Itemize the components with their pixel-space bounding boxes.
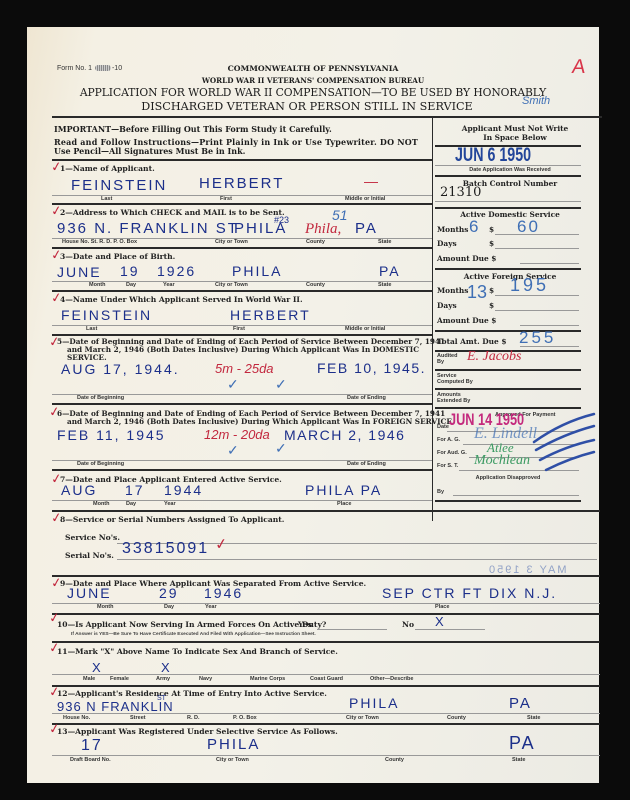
auditor-signature: E. Jacobs: [467, 349, 521, 365]
foreign-begin-date: FEB 11, 1945: [57, 427, 166, 443]
caption-middle: Middle or Initial: [345, 326, 385, 332]
foreign-amount-label: Amount Due $: [437, 316, 496, 325]
divider: [435, 175, 581, 177]
draft-city: PHILA: [207, 736, 260, 753]
caption-month: Month: [89, 282, 106, 288]
section-10-label: 10—Is Applicant Now Serving In Armed For…: [57, 620, 326, 629]
caption-day: Day: [126, 282, 136, 288]
foreign-months-value: 13: [467, 282, 487, 303]
received-date-stamp: JUN 6 1950: [455, 145, 531, 167]
divider: [52, 613, 600, 615]
caption-last: Last: [101, 196, 112, 202]
field-line: [52, 674, 600, 675]
entry-place: PHILA PA: [305, 482, 382, 498]
caption-begin: Date of Beginning: [77, 461, 124, 467]
divider: [435, 369, 581, 371]
date-label: Date: [437, 424, 449, 430]
caption-middle: Middle or Initial: [345, 196, 385, 202]
section-11-label: 11—Mark "X" Above Name To Indicate Sex A…: [57, 647, 338, 656]
agency-line-1: COMMONWEALTH OF PENNSYLVANIA: [27, 64, 599, 73]
caption-end: Date of Ending: [347, 395, 386, 401]
caption-street: Street: [130, 715, 146, 721]
crayon-strokes: [532, 412, 597, 472]
no-label: No: [402, 620, 414, 629]
caption-last: Last: [86, 326, 97, 332]
birth-month: JUNE: [57, 264, 102, 280]
caption-city: City or Town: [215, 239, 248, 245]
field-line: [520, 325, 579, 326]
audited-label: Audited By: [437, 353, 459, 365]
yes-field-line: [317, 629, 387, 630]
caption-day: Day: [126, 501, 136, 507]
domestic-amount-label: Amount Due $: [437, 254, 496, 263]
domestic-heading: Active Domestic Service: [435, 210, 585, 219]
birth-day: 19: [120, 263, 140, 279]
field-line: [495, 248, 579, 249]
option-marine-corps: Marine Corps: [250, 676, 285, 682]
caption-county: County: [385, 757, 404, 763]
section-2-label: 2—Address to Which CHECK and MAIL is to …: [60, 208, 285, 217]
field-line: [117, 559, 597, 560]
caption-po-box: P. O. Box: [233, 715, 257, 721]
separation-day: 29: [159, 585, 179, 601]
caption-year: Year: [164, 501, 176, 507]
caption-city: City or Town: [215, 282, 248, 288]
form-title-line-1: APPLICATION FOR WORLD WAR II COMPENSATIO…: [44, 86, 582, 99]
option-navy: Navy: [199, 676, 212, 682]
entry-year: 1944: [164, 482, 203, 498]
caption-place: Place: [435, 604, 449, 610]
st-label: For S. T.: [437, 463, 458, 469]
caption-day: Day: [164, 604, 174, 610]
section-4-label: 4—Name Under Which Applicant Served In W…: [60, 295, 303, 304]
field-line: [495, 295, 579, 296]
section-3-label: 3—Date and Place of Birth.: [60, 252, 175, 261]
caption-city: City or Town: [216, 757, 249, 763]
header-rule: [52, 116, 602, 118]
caption-house: House No.: [63, 715, 90, 721]
form-title-line-2: DISCHARGED VETERAN OR PERSON STILL IN SE…: [27, 100, 587, 113]
field-line: [435, 165, 581, 166]
disapproved-heading: Application Disapproved: [435, 475, 581, 481]
option-female: Female: [110, 676, 129, 682]
total-label: Total Amt. Due $: [437, 337, 506, 346]
option-army: Army: [156, 676, 170, 682]
initials-mark: Smith: [522, 95, 550, 107]
divider: [52, 403, 432, 405]
caption-state: State: [378, 282, 391, 288]
service-numbers-label: Service No's.: [65, 533, 120, 542]
field-line: [52, 603, 600, 604]
instructions-line-3: Use Pencil—All Signatures Must Be in Ink…: [54, 146, 245, 156]
dollar-sign: $: [489, 286, 494, 295]
residence-street-suffix: ST: [157, 695, 166, 702]
entry-day: 17: [125, 482, 145, 498]
foreign-end-date: MARCH 2, 1946: [284, 427, 405, 443]
draft-state: PA: [509, 733, 536, 754]
foreign-months-label: Months: [437, 286, 468, 295]
pencil-check-icon: ✓: [227, 377, 239, 393]
male-mark: X: [92, 660, 103, 675]
caption-month: Month: [93, 501, 110, 507]
section-10-note: If Answer is YES—Be Sure To Have Certifi…: [71, 632, 316, 637]
caption-end: Date of Ending: [347, 461, 386, 467]
caption-county: County: [306, 239, 325, 245]
divider: [52, 159, 432, 161]
st-signature: Mochlean: [474, 453, 530, 469]
yes-label: Yes: [298, 620, 312, 629]
birth-year: 1926: [157, 263, 196, 279]
divider: [435, 268, 581, 270]
domestic-begin-date: AUG 17, 1944.: [61, 361, 180, 377]
domestic-months-label: Months: [437, 225, 468, 234]
divider: [435, 207, 581, 209]
divider: [435, 388, 581, 390]
caption-first: First: [233, 326, 245, 332]
applicant-first-name: HERBERT: [199, 175, 284, 192]
caption-first: First: [220, 196, 232, 202]
dollar-sign: $: [489, 301, 494, 310]
office-heading-2: In Space Below: [440, 133, 590, 142]
caption-begin: Date of Beginning: [77, 395, 124, 401]
caption-county: County: [306, 282, 325, 288]
ag-label: For A. G.: [437, 437, 460, 443]
caption-state: State: [527, 715, 540, 721]
by-label: By: [437, 489, 444, 495]
caption-state: State: [378, 239, 391, 245]
service-last-name: FEINSTEIN: [61, 307, 152, 323]
divider: [52, 641, 600, 643]
no-mark: X: [435, 614, 446, 629]
divider: [52, 575, 600, 577]
divider: [52, 290, 432, 292]
caption-rd: R. D.: [187, 715, 200, 721]
applicant-middle-name: —: [364, 173, 378, 189]
divider: [435, 407, 581, 409]
section-13-label: 13—Applicant Was Registered Under Select…: [57, 727, 338, 736]
field-line: [495, 234, 579, 235]
mailing-state: PA: [355, 220, 378, 237]
caption-house: House No. St. R. D. P. O. Box: [62, 239, 137, 245]
caption-year: Year: [163, 282, 175, 288]
field-line: [52, 713, 600, 714]
army-mark: X: [161, 660, 172, 675]
divider: [435, 330, 581, 332]
mailing-zone: #23: [274, 215, 289, 225]
caption-city: City or Town: [346, 715, 379, 721]
domestic-months-value: 6: [469, 217, 478, 237]
serial-number-value: 33815091: [122, 540, 209, 558]
pencil-check-icon: ✓: [275, 441, 287, 457]
field-line: [495, 310, 579, 311]
caption-draft-board: Draft Board No.: [70, 757, 111, 763]
pencil-check-icon: ✓: [227, 443, 239, 459]
red-check-icon: ✓: [214, 534, 229, 554]
domestic-duration: 5m - 25da: [215, 361, 274, 376]
caption-year: Year: [205, 604, 217, 610]
section-8-label: 8—Service or Serial Numbers Assigned To …: [60, 515, 284, 524]
total-value: 255: [519, 328, 556, 348]
divider: [435, 500, 581, 502]
residence-city: PHILA: [349, 695, 399, 711]
foreign-days-label: Days: [437, 301, 457, 310]
column-divider: [432, 116, 433, 521]
option-male: Male: [83, 676, 95, 682]
separation-place: SEP CTR FT DIX N.J.: [382, 585, 557, 601]
field-line: [520, 346, 579, 347]
divider: [52, 685, 600, 687]
pencil-check-icon: ✓: [275, 377, 287, 393]
computed-label: Service Computed By: [437, 373, 477, 385]
option-coast-guard: Coast Guard: [310, 676, 343, 682]
option-other: Other—Describe: [370, 676, 413, 682]
domestic-days-label: Days: [437, 239, 457, 248]
draft-board-number: 17: [81, 737, 103, 755]
section-5-label-2: and March 2, 1946 (Both Dates Inclusive)…: [67, 345, 419, 354]
divider: [52, 469, 432, 471]
mailing-house-street: 936 N. FRANKLIN ST: [57, 220, 239, 237]
section-12-label: 12—Applicant's Residence At Time of Entr…: [57, 689, 327, 698]
service-first-name: HERBERT: [230, 307, 311, 323]
dollar-sign: $: [489, 239, 494, 248]
separation-month: JUNE: [67, 585, 112, 601]
divider: [52, 247, 432, 249]
aud-label: For Aud. G.: [437, 450, 467, 456]
section-1-label: 1—Name of Applicant.: [60, 164, 155, 173]
caption-state: State: [512, 757, 525, 763]
field-line: [453, 495, 579, 496]
domestic-end-date: FEB 10, 1945.: [317, 360, 426, 376]
applicant-last-name: FEINSTEIN: [71, 177, 167, 194]
caption-county: County: [447, 715, 466, 721]
agency-line-2: WORLD WAR II VETERANS' COMPENSATION BURE…: [27, 76, 599, 85]
section-6-label-2: and March 2, 1946 (Both Dates Inclusive)…: [67, 417, 454, 426]
foreign-months-amount: 195: [510, 275, 549, 296]
mailing-county: Phila,: [305, 221, 341, 238]
received-date-caption: Date Application Was Received: [437, 167, 583, 173]
caption-place: Place: [337, 501, 351, 507]
residence-state: PA: [509, 695, 532, 712]
field-line: [435, 201, 581, 202]
entry-month: AUG: [61, 482, 97, 498]
divider: [52, 203, 432, 205]
field-line: [520, 263, 579, 264]
instructions-line-1: IMPORTANT—Before Filling Out This Form S…: [54, 124, 332, 134]
extended-label: Amounts Extended By: [437, 392, 477, 404]
batch-number: 21310: [440, 185, 481, 200]
separation-year: 1946: [204, 585, 243, 601]
application-form: Form No. 1 -10 A COMMONWEALTH OF PENNSYL…: [27, 27, 599, 783]
field-line: [52, 755, 600, 756]
dollar-sign: $: [489, 225, 494, 234]
divider: [52, 510, 600, 512]
no-field-line: [415, 629, 485, 630]
divider: [52, 334, 432, 336]
birth-state: PA: [379, 263, 401, 279]
foreign-duration: 12m - 20da: [204, 427, 270, 442]
serial-numbers-label: Serial No's.: [65, 551, 114, 560]
caption-month: Month: [97, 604, 114, 610]
divider: [52, 723, 600, 725]
birth-city: PHILA: [232, 263, 282, 279]
office-heading-1: Applicant Must Not Write: [440, 124, 590, 133]
